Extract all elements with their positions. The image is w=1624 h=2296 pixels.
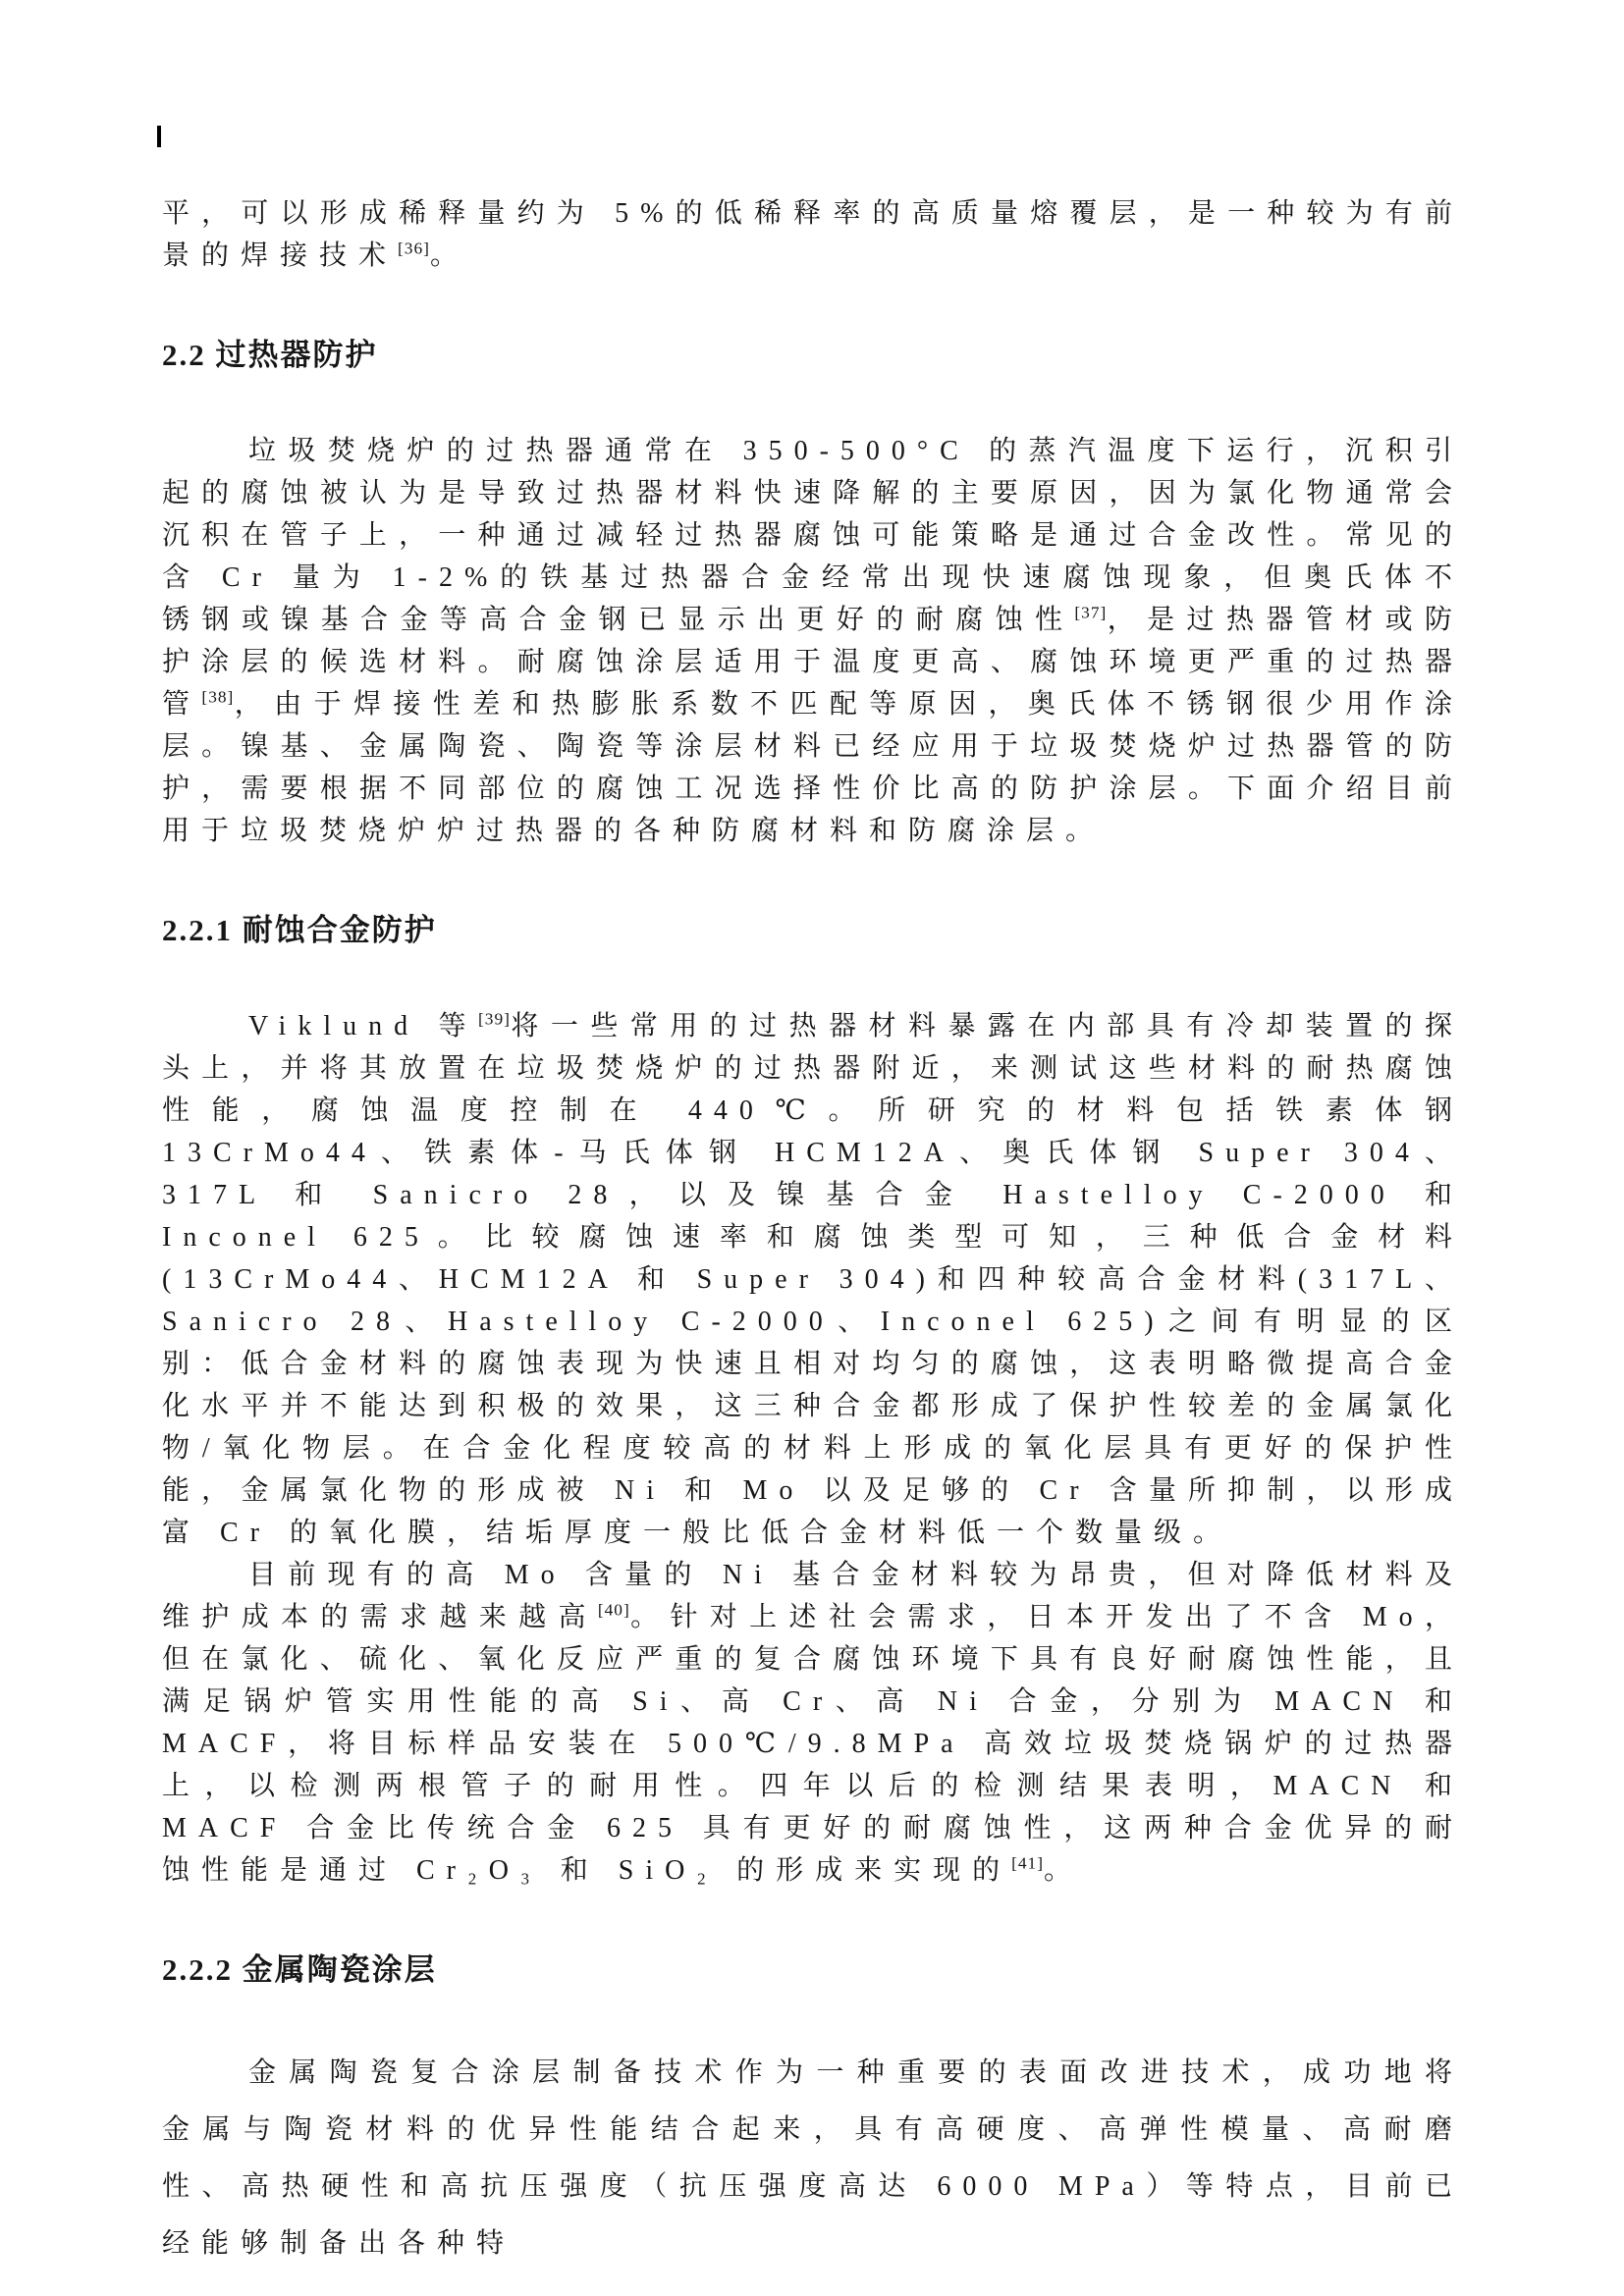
paragraph: 平，可以形成稀释量约为 5%的低稀释率的高质量熔覆层，是一种较为有前景的焊接技术… (162, 192, 1464, 277)
page: 平，可以形成稀释量约为 5%的低稀释率的高质量熔覆层，是一种较为有前景的焊接技术… (0, 0, 1624, 2296)
paragraph: 目前现有的高 Mo 含量的 Ni 基合金材料较为昂贵，但对降低材料及维护成本的需… (162, 1554, 1464, 1892)
section-heading: 2.2.2 金属陶瓷涂层 (162, 1949, 1464, 1992)
citation-ref: [39] (478, 1010, 511, 1029)
section-heading: 2.2 过热器防护 (162, 334, 1464, 377)
paragraph: 金属陶瓷复合涂层制备技术作为一种重要的表面改进技术，成功地将金属与陶瓷材料的优异… (162, 2045, 1464, 2272)
citation-ref: [40] (598, 1601, 630, 1620)
paragraph: 垃圾焚烧炉的过热器通常在 350-500°C 的蒸汽温度下运行，沉积引起的腐蚀被… (162, 430, 1464, 852)
section-heading: 2.2.1 耐蚀合金防护 (162, 909, 1464, 952)
scan-artifact (157, 126, 161, 147)
document-body: 平，可以形成稀释量约为 5%的低稀释率的高质量熔覆层，是一种较为有前景的焊接技术… (162, 192, 1464, 2272)
paragraph: Viklund 等[39]将一些常用的过热器材料暴露在内部具有冷却装置的探头上，… (162, 1005, 1464, 1554)
citation-ref: [38] (201, 688, 234, 707)
citation-ref: [36] (398, 240, 430, 258)
citation-ref: [37] (1074, 604, 1107, 622)
citation-ref: [41] (1011, 1854, 1044, 1873)
